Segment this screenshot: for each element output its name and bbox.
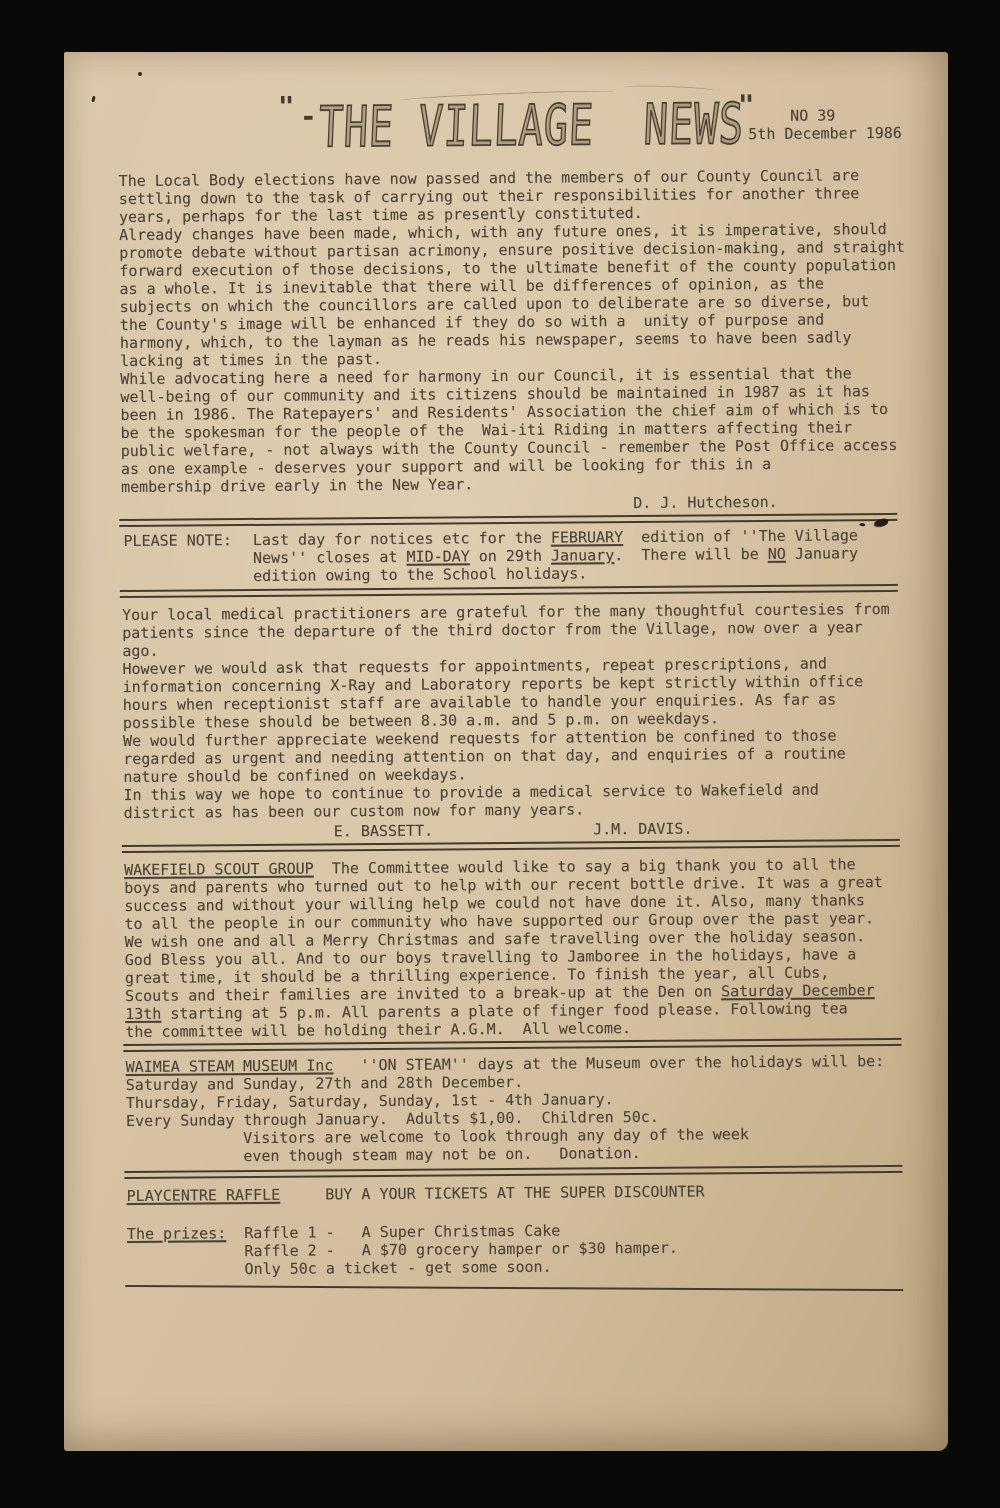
text-run: News'' closes at xyxy=(253,548,407,567)
notice-body: Last day for notices etc for the FEBRUAR… xyxy=(253,526,858,585)
medical-signatures: E. BASSETT. J.M. DAVIS. xyxy=(124,818,918,842)
museum-body: WAIMEA STEAM MUSEUM Inc ''ON STEAM'' day… xyxy=(126,1052,921,1130)
prizes-label: The prizes: xyxy=(127,1224,227,1279)
masthead-open-quote: " xyxy=(278,99,294,117)
text-run: edition of ''The Village xyxy=(623,526,858,546)
issue-block: NO 39 5th December 1986 xyxy=(748,106,902,143)
text-run: on 29th xyxy=(470,547,551,566)
divider-rule xyxy=(120,584,898,598)
divider-rule xyxy=(119,513,897,527)
editorial-signature: D. J. Hutcheson. xyxy=(633,492,915,512)
underlined-text: NO xyxy=(768,545,786,563)
text-line: Only 50c a ticket - get some soon. xyxy=(244,1257,678,1278)
text-run: . There will be xyxy=(614,545,768,564)
issue-date: 5th December 1986 xyxy=(748,124,902,143)
underlined-text: 13th xyxy=(125,1005,161,1023)
underlined-text: January xyxy=(551,546,614,564)
newsletter-page: " - THE VILLAGE NEWS " NO 39 5th Decembe… xyxy=(64,52,948,1451)
masthead: " - THE VILLAGE NEWS " NO 39 5th Decembe… xyxy=(118,96,913,172)
raffle-heading-row: PLAYCENTRE RAFFLE BUY A YOUR TICKETS AT … xyxy=(127,1181,921,1205)
text-run: edition owing to the School holidays. xyxy=(253,564,587,585)
issue-number: NO 39 xyxy=(790,106,902,125)
typed-content: " - THE VILLAGE NEWS " NO 39 5th Decembe… xyxy=(118,96,921,1287)
scout-section: WAKEFIELD SCOUT GROUP The Committee woul… xyxy=(124,855,919,1041)
prizes-row: The prizes: Raffle 1 - A Super Christmas… xyxy=(127,1219,921,1279)
text-run: the committee will be holding their A.G.… xyxy=(125,1019,631,1041)
text-run: Last day for notices etc for the xyxy=(253,529,551,549)
text-run: January xyxy=(786,544,858,563)
underlined-text: PLAYCENTRE RAFFLE xyxy=(127,1186,281,1205)
notice-label: PLEASE NOTE: xyxy=(123,531,232,586)
editorial-section: The Local Body elections have now passed… xyxy=(119,166,916,496)
paper-speck xyxy=(138,72,142,76)
underlined-text: WAKEFIELD SCOUT GROUP xyxy=(124,859,314,878)
medical-signature-davis: J.M. DAVIS. xyxy=(593,820,692,839)
underlined-text: FEBRUARY xyxy=(551,528,623,547)
medical-section: Your local medical practitioners are gra… xyxy=(122,600,918,822)
museum-indented-lines: Visitors are welcome to look through any… xyxy=(243,1124,920,1165)
divider-rule xyxy=(125,1285,903,1291)
underlined-text: Saturday December xyxy=(721,981,875,1000)
text-run: ''ON STEAM'' days at the Museum over the… xyxy=(333,1052,884,1074)
text-line: Raffle 2 - A $70 grocery hamper or $30 h… xyxy=(244,1239,678,1260)
underlined-text: MID-DAY xyxy=(406,547,469,565)
text-run: BUY A YOUR TICKETS AT THE SUPER DISCOUNT… xyxy=(280,1182,705,1203)
notice-section: PLEASE NOTE: Last day for notices etc fo… xyxy=(121,526,915,586)
underlined-text: WAIMEA STEAM MUSEUM Inc xyxy=(126,1056,334,1076)
paper-speck xyxy=(91,96,95,103)
medical-signature-bassett: E. BASSETT. xyxy=(334,822,433,841)
museum-section: WAIMEA STEAM MUSEUM Inc ''ON STEAM'' day… xyxy=(126,1052,921,1166)
masthead-title: THE VILLAGE NEWS xyxy=(318,97,745,156)
masthead-dash: - xyxy=(300,108,316,126)
raffle-section: PLAYCENTRE RAFFLE BUY A YOUR TICKETS AT … xyxy=(127,1181,922,1279)
divider-rule xyxy=(124,1165,902,1179)
prize-lines: Raffle 1 - A Super Christmas CakeRaffle … xyxy=(244,1221,678,1278)
